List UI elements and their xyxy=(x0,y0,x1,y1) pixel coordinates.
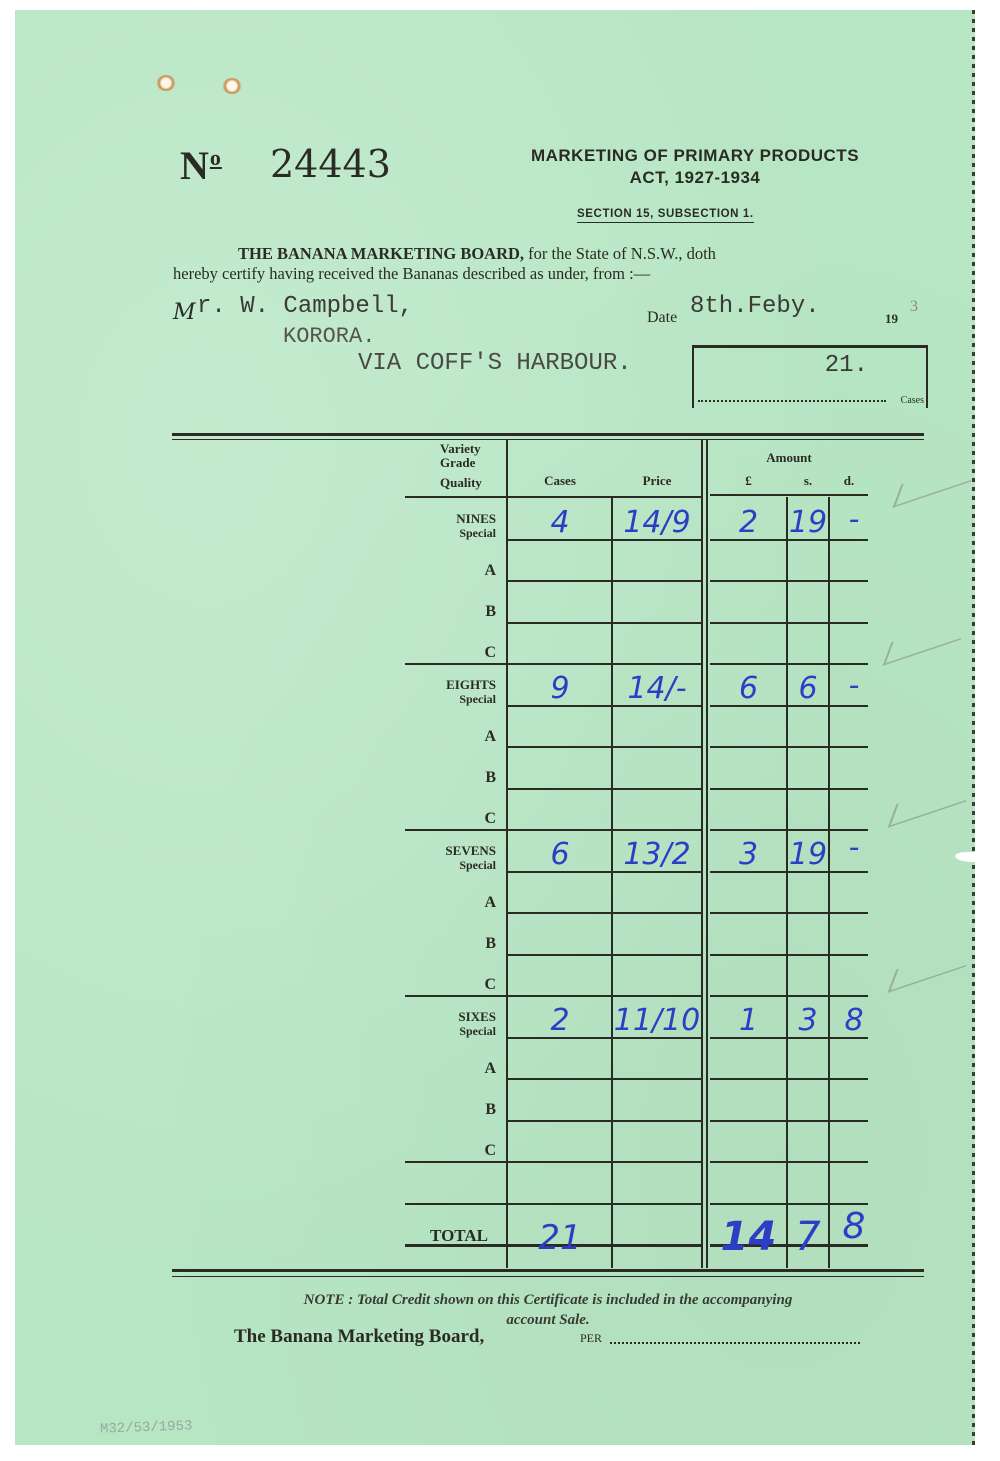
grid-line xyxy=(788,663,828,665)
grid-line xyxy=(830,912,868,914)
grid-line xyxy=(830,1078,868,1080)
total-pounds: 14 xyxy=(710,1214,787,1260)
grid-line xyxy=(788,1203,828,1205)
grid-line xyxy=(405,829,506,831)
eights-cases: 9 xyxy=(508,671,612,706)
grid-line xyxy=(710,1203,786,1205)
grid-line xyxy=(788,622,828,624)
total-shillings: 7 xyxy=(787,1214,829,1260)
grid-line xyxy=(710,622,786,624)
variety-eights: EIGHTSSpecial xyxy=(400,677,496,707)
year-suffix: 3 xyxy=(910,298,918,316)
grid-line xyxy=(706,440,708,1268)
grid-line xyxy=(830,871,868,873)
sevens-cases: 6 xyxy=(508,837,612,872)
grade-c: C xyxy=(400,1142,496,1160)
staple-hole-stain xyxy=(222,78,242,94)
staple-hole-stain xyxy=(156,75,176,91)
grade-a: A xyxy=(400,894,496,912)
grade-c: C xyxy=(400,644,496,662)
grower-via: VIA COFF'S HARBOUR. xyxy=(358,350,632,377)
grid-line xyxy=(508,1120,611,1122)
grid-line xyxy=(508,1078,611,1080)
grid-line xyxy=(788,1120,828,1122)
header-shillings: s. xyxy=(787,474,829,488)
grid-line xyxy=(613,1161,701,1163)
note-text: NOTE : Total Credit shown on this Certif… xyxy=(172,1290,924,1330)
grid-line xyxy=(710,746,786,748)
grade-b: B xyxy=(400,935,496,953)
nines-pounds: 2 xyxy=(710,505,787,540)
total-cases-box: 21. Cases xyxy=(692,345,928,408)
grid-line xyxy=(613,1244,701,1247)
grid-line xyxy=(788,954,828,956)
grid-line xyxy=(788,580,828,582)
sixes-price: 11/10 xyxy=(612,1003,702,1038)
grade-b: B xyxy=(400,603,496,621)
grid-line xyxy=(405,995,506,997)
sixes-cases: 2 xyxy=(508,1003,612,1038)
grid-line xyxy=(611,497,613,1268)
grid-line xyxy=(710,494,868,496)
grid-line xyxy=(830,539,868,541)
grade-a: A xyxy=(400,728,496,746)
grid-line xyxy=(788,1161,828,1163)
total-cases-value: 21. xyxy=(825,352,868,379)
dotted-line xyxy=(698,400,886,402)
grid-line xyxy=(828,497,830,1268)
header-cases: Cases xyxy=(508,474,612,488)
grid-line xyxy=(830,995,868,997)
grid-line xyxy=(710,954,786,956)
grid-line xyxy=(613,746,701,748)
number-label: No xyxy=(180,142,222,189)
grid-line xyxy=(405,496,506,498)
sevens-price: 13/2 xyxy=(612,837,702,872)
total-cases: 21 xyxy=(508,1218,612,1258)
grade-b: B xyxy=(400,1101,496,1119)
grade-c: C xyxy=(400,976,496,994)
total-label: TOTAL xyxy=(390,1228,488,1243)
grid-line xyxy=(508,496,701,498)
variety-sevens: SEVENSSpecial xyxy=(400,843,496,873)
grid-line xyxy=(613,622,701,624)
table-bottom-rule-inner xyxy=(172,1276,924,1277)
grid-line xyxy=(830,1120,868,1122)
grid-line xyxy=(830,746,868,748)
grade-c: C xyxy=(400,810,496,828)
certificate-number: 24443 xyxy=(270,142,391,186)
date-label: Date xyxy=(647,309,677,327)
grid-line xyxy=(613,954,701,956)
grid-line xyxy=(405,663,506,665)
sixes-pence: 8 xyxy=(829,1003,879,1038)
grid-line xyxy=(788,1078,828,1080)
year-prefix: 19 xyxy=(885,311,898,327)
header-pence: d. xyxy=(829,474,869,488)
grid-line xyxy=(613,912,701,914)
section-label: SECTION 15, SUBSECTION 1. xyxy=(577,208,754,223)
grid-line xyxy=(830,663,868,665)
grid-line xyxy=(830,1203,868,1205)
grid-line xyxy=(508,580,611,582)
grid-line xyxy=(508,746,611,748)
grower-town: KORORA. xyxy=(283,324,375,349)
sevens-shillings: 19 xyxy=(787,837,829,872)
grid-line xyxy=(788,995,828,997)
grid-line xyxy=(710,788,786,790)
grid-line xyxy=(788,912,828,914)
grid-line xyxy=(710,829,786,831)
grid-line xyxy=(830,580,868,582)
grower-name: r. W. Campbell, xyxy=(197,293,413,320)
grid-line xyxy=(710,912,786,914)
grid-line xyxy=(710,580,786,582)
grid-line xyxy=(508,622,611,624)
grid-line xyxy=(613,829,701,831)
variety-sixes: SIXESSpecial xyxy=(400,1009,496,1039)
grower-prefix: M xyxy=(173,300,196,325)
faint-stamp: M32/53/1953 xyxy=(100,1418,193,1437)
total-pence: 8 xyxy=(829,1206,879,1247)
grid-line xyxy=(830,954,868,956)
nines-cases: 4 xyxy=(508,505,612,540)
grid-line xyxy=(830,705,868,707)
grid-line xyxy=(830,788,868,790)
grid-line xyxy=(508,995,611,997)
act-title-line1: MARKETING OF PRIMARY PRODUCTS xyxy=(480,146,910,166)
grid-line xyxy=(613,995,701,997)
signature-board: The Banana Marketing Board, xyxy=(234,1326,484,1348)
sevens-pounds: 3 xyxy=(710,837,787,872)
grade-a: A xyxy=(400,562,496,580)
grid-line xyxy=(613,1120,701,1122)
grid-line xyxy=(613,788,701,790)
grid-line xyxy=(613,1078,701,1080)
table-bottom-rule xyxy=(172,1269,924,1272)
signature-line xyxy=(610,1342,860,1344)
eights-shillings: 6 xyxy=(787,671,829,706)
grid-line xyxy=(613,580,701,582)
certification-line1: THE BANANA MARKETING BOARD, for the Stat… xyxy=(238,244,716,264)
grid-line xyxy=(710,1161,786,1163)
grid-line xyxy=(508,954,611,956)
grid-line xyxy=(508,1161,611,1163)
grid-line xyxy=(405,1203,506,1205)
grid-line xyxy=(508,663,611,665)
date-value: 8th.Feby. xyxy=(690,293,820,320)
grid-line xyxy=(788,746,828,748)
eights-pence: - xyxy=(829,668,879,703)
grid-line xyxy=(613,1203,701,1205)
grid-line xyxy=(508,788,611,790)
perforated-edge xyxy=(972,10,975,1445)
grid-line xyxy=(710,1078,786,1080)
header-pounds: £ xyxy=(710,474,787,488)
board-name: THE BANANA MARKETING BOARD, xyxy=(238,244,524,263)
table-top-rule xyxy=(172,433,924,436)
grid-line xyxy=(710,1120,786,1122)
grid-line xyxy=(710,663,786,665)
eights-pounds: 6 xyxy=(710,671,787,706)
eights-price: 14/- xyxy=(612,671,702,706)
act-title-line2: ACT, 1927-1934 xyxy=(480,168,910,188)
header-amount: Amount xyxy=(710,451,868,465)
nines-price: 14/9 xyxy=(612,505,702,540)
cases-label: Cases xyxy=(901,395,924,406)
signature-per-label: PER xyxy=(580,1331,602,1346)
grid-line xyxy=(788,829,828,831)
header-variety: Variety Grade Quality xyxy=(440,442,500,490)
grid-line xyxy=(786,497,788,1268)
table-top-rule-inner xyxy=(172,439,924,440)
grid-line xyxy=(405,1161,506,1163)
grid-line xyxy=(508,912,611,914)
grid-line xyxy=(830,1161,868,1163)
grid-line xyxy=(788,788,828,790)
sixes-shillings: 3 xyxy=(787,1003,829,1038)
header-price: Price xyxy=(612,474,702,488)
nines-pence: - xyxy=(829,502,879,537)
grid-line xyxy=(830,622,868,624)
grid-line xyxy=(710,995,786,997)
grid-line xyxy=(508,1203,611,1205)
certification-line2: hereby certify having received the Banan… xyxy=(173,264,650,284)
grid-line xyxy=(613,663,701,665)
grade-b: B xyxy=(400,769,496,787)
sixes-pounds: 1 xyxy=(710,1003,787,1038)
grid-line xyxy=(508,829,611,831)
variety-nines: NINESSpecial xyxy=(400,511,496,541)
grade-a: A xyxy=(400,1060,496,1078)
sevens-pence: - xyxy=(829,830,879,865)
nines-shillings: 19 xyxy=(787,505,829,540)
